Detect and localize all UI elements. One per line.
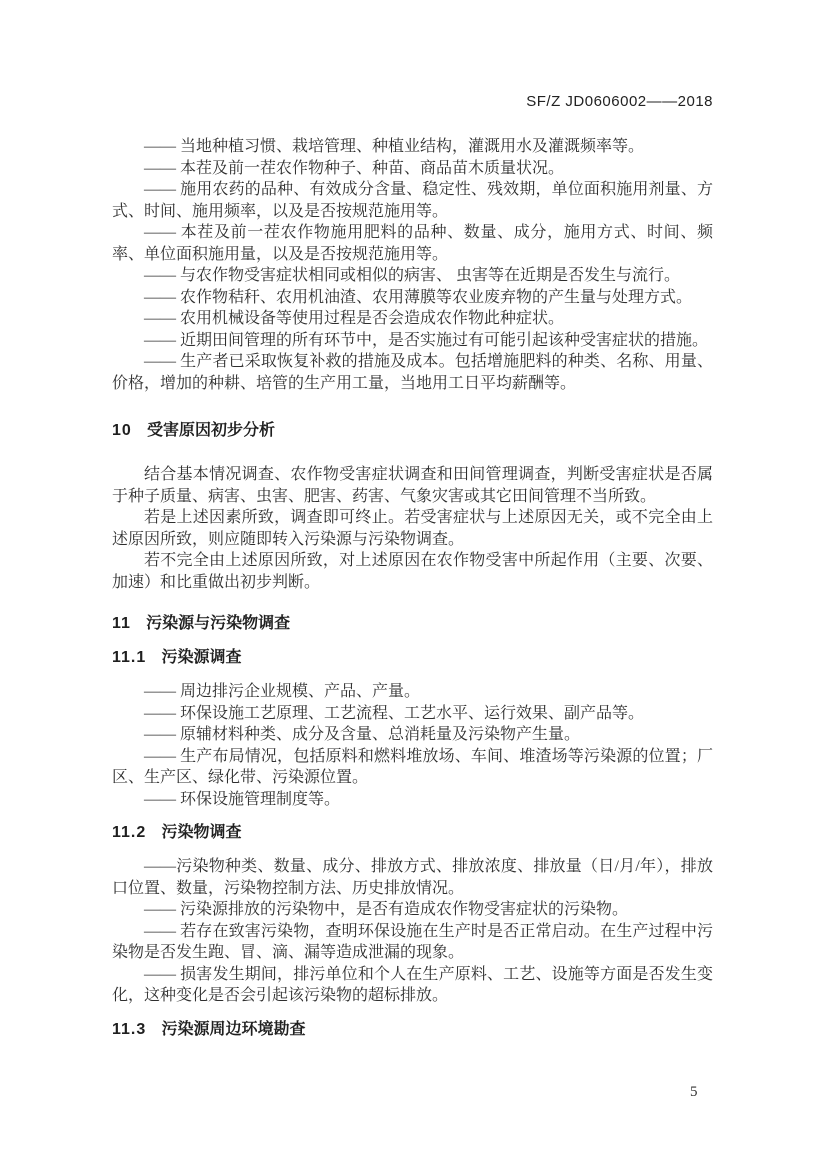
list-item: —— 农用机械设备等使用过程是否会造成农作物此种症状。 (112, 308, 713, 330)
document-page: SF/Z JD0606002——2018 —— 当地种植习惯、栽培管理、种植业结… (0, 0, 827, 1169)
section-heading-11: 11污染源与污染物调查 (112, 613, 713, 635)
list-item: —— 本茬及前一茬农作物种子、种苗、商品苗木质量状况。 (112, 158, 713, 180)
section-number: 10 (112, 420, 132, 442)
paragraph: 若不完全由上述原因所致，对上述原因在农作物受害中所起作用（主要、次要、加速）和比… (112, 550, 713, 593)
section-number: 11 (112, 613, 131, 635)
section-11-2-body: ——污染物种类、数量、成分、排放方式、排放浓度、排放量（日/月/年），排放口位置… (112, 856, 713, 1007)
list-item: —— 损害发生期间，排污单位和个人在生产原料、工艺、设施等方面是否发生变化，这种… (112, 964, 713, 1007)
list-item: —— 环保设施管理制度等。 (112, 789, 713, 811)
list-item: —— 污染源排放的污染物中，是否有造成农作物受害症状的污染物。 (112, 899, 713, 921)
paragraph: 若是上述因素所致，调查即可终止。若受害症状与上述原因无关，或不完全由上述原因所致… (112, 507, 713, 550)
paragraph: 结合基本情况调查、农作物受害症状调查和田间管理调查，判断受害症状是否属于种子质量… (112, 464, 713, 507)
list-item: —— 环保设施工艺原理、工艺流程、工艺水平、运行效果、副产品等。 (112, 703, 713, 725)
section-number: 11.1 (112, 647, 146, 669)
list-item: —— 原辅材料种类、成分及含量、总消耗量及污染物产生量。 (112, 724, 713, 746)
section-number: 11.3 (112, 1019, 146, 1041)
list-item: —— 周边排污企业规模、产品、产量。 (112, 681, 713, 703)
list-item: —— 若存在致害污染物，查明环保设施在生产时是否正常启动。在生产过程中污染物是否… (112, 921, 713, 964)
section-title: 污染源调查 (161, 649, 241, 666)
section-title: 污染源与污染物调查 (146, 615, 290, 632)
field-management-list: —— 当地种植习惯、栽培管理、种植业结构，灌溉用水及灌溉频率等。 —— 本茬及前… (112, 136, 713, 394)
section-heading-11-1: 11.1污染源调查 (112, 647, 713, 669)
section-title: 污染物调查 (161, 824, 241, 841)
list-item: —— 当地种植习惯、栽培管理、种植业结构，灌溉用水及灌溉频率等。 (112, 136, 713, 158)
page-number: 5 (690, 1082, 698, 1104)
list-item: —— 近期田间管理的所有环节中，是否实施过有可能引起该种受害症状的措施。 (112, 330, 713, 352)
section-title: 受害原因初步分析 (147, 422, 275, 439)
list-item: —— 本茬及前一茬农作物施用肥料的品种、数量、成分，施用方式、时间、频率、单位面… (112, 222, 713, 265)
section-heading-11-2: 11.2污染物调查 (112, 822, 713, 844)
section-number: 11.2 (112, 822, 146, 844)
section-10-body: 结合基本情况调查、农作物受害症状调查和田间管理调查，判断受害症状是否属于种子质量… (112, 464, 713, 593)
standard-code-header: SF/Z JD0606002——2018 (112, 93, 713, 111)
section-heading-10: 10受害原因初步分析 (112, 420, 713, 442)
list-item: —— 农作物秸秆、农用机油渣、农用薄膜等农业废弃物的产生量与处理方式。 (112, 287, 713, 309)
section-11-1-body: —— 周边排污企业规模、产品、产量。 —— 环保设施工艺原理、工艺流程、工艺水平… (112, 681, 713, 810)
section-title: 污染源周边环境勘查 (161, 1021, 305, 1038)
list-item: —— 生产布局情况，包括原料和燃料堆放场、车间、堆渣场等污染源的位置；厂区、生产… (112, 746, 713, 789)
list-item: —— 与农作物受害症状相同或相似的病害、 虫害等在近期是否发生与流行。 (112, 265, 713, 287)
list-item: —— 施用农药的品种、有效成分含量、稳定性、残效期，单位面积施用剂量、方式、时间… (112, 179, 713, 222)
list-item: ——污染物种类、数量、成分、排放方式、排放浓度、排放量（日/月/年），排放口位置… (112, 856, 713, 899)
list-item: —— 生产者已采取恢复补救的措施及成本。包括增施肥料的种类、名称、用量、价格，增… (112, 351, 713, 394)
section-heading-11-3: 11.3污染源周边环境勘查 (112, 1019, 713, 1041)
